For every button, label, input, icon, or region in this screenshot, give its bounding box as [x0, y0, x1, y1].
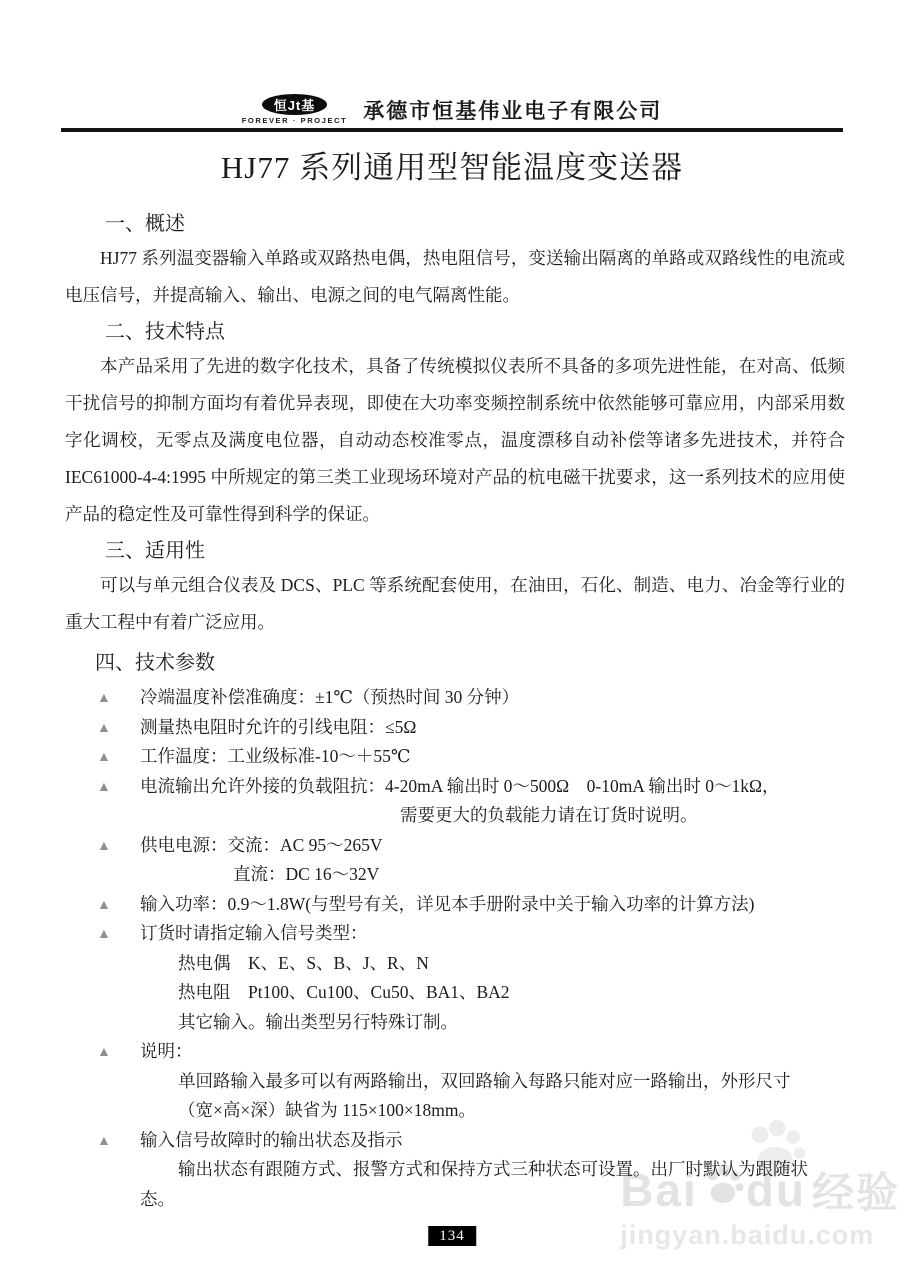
section-2: 二、技术特点本产品采用了先进的数字化技术，具备了传统模拟仪表所不具备的多项先进性… — [65, 318, 845, 533]
company-logo: 恒Jt基 FOREVER · PROJECT — [242, 94, 348, 125]
parameter-item: ▲供电电源：交流：AC 95～265V — [65, 831, 845, 861]
parameter-subline: 输出状态有跟随方式、报警方式和保持方式三种状态可设置。出厂时默认为跟随状 — [65, 1155, 845, 1185]
parameter-subline: 态。 — [65, 1185, 845, 1215]
parameter-text: 供电电源：交流：AC 95～265V — [140, 835, 383, 855]
parameter-subline: （宽×高×深）缺省为 115×100×18mm。 — [65, 1096, 845, 1126]
parameter-subline: 需要更大的负载能力请在订货时说明。 — [65, 801, 845, 831]
document-title: HJ77 系列通用型智能温度变送器 — [0, 148, 904, 188]
triangle-bullet-icon: ▲ — [97, 1038, 111, 1068]
section-heading: 三、适用性 — [105, 537, 845, 565]
section-4: 四、技术参数▲冷端温度补偿准确度：±1℃（预热时间 30 分钟）▲测量热电阻时允… — [65, 649, 845, 1214]
section-heading: 二、技术特点 — [105, 318, 845, 346]
parameter-item: ▲冷端温度补偿准确度：±1℃（预热时间 30 分钟） — [65, 683, 845, 713]
page-number-badge: 134 — [428, 1226, 476, 1246]
page-header: 恒Jt基 FOREVER · PROJECT 承德市恒基伟业电子有限公司 — [0, 94, 904, 125]
parameter-text: 电流输出允许外接的负载阻抗：4-20mA 输出时 0～500Ω 0-10mA 输… — [140, 776, 779, 796]
parameter-text: 输入信号故障时的输出状态及指示 — [140, 1130, 403, 1150]
triangle-bullet-icon: ▲ — [97, 1127, 111, 1157]
triangle-bullet-icon: ▲ — [97, 714, 111, 744]
parameter-text: 说明： — [140, 1041, 193, 1061]
parameter-subline: 直流：DC 16～32V — [65, 860, 845, 890]
parameter-text: 输入功率：0.9～1.8W(与型号有关，详见本手册附录中关于输入功率的计算方法) — [140, 894, 754, 914]
triangle-bullet-icon: ▲ — [97, 832, 111, 862]
paragraph: HJ77 系列温变器输入单路或双路热电偶，热电阻信号，变送输出隔离的单路或双路线… — [65, 240, 845, 314]
header-divider — [61, 128, 843, 132]
section-heading: 四、技术参数 — [95, 649, 845, 677]
parameter-item: ▲输入功率：0.9～1.8W(与型号有关，详见本手册附录中关于输入功率的计算方法… — [65, 890, 845, 920]
parameter-list: ▲冷端温度补偿准确度：±1℃（预热时间 30 分钟）▲测量热电阻时允许的引线电阻… — [65, 683, 845, 1214]
parameter-item: ▲测量热电阻时允许的引线电阻：≤5Ω — [65, 713, 845, 743]
logo-oval-badge: 恒Jt基 — [262, 94, 328, 115]
logo-text: 恒Jt基 — [274, 95, 316, 114]
parameter-subline: 热电偶 K、E、S、B、J、R、N — [65, 949, 845, 979]
content: 一、概述HJ77 系列温变器输入单路或双路热电偶，热电阻信号，变送输出隔离的单路… — [0, 210, 904, 1214]
triangle-bullet-icon: ▲ — [97, 773, 111, 803]
parameter-item: ▲工作温度：工业级标准-10～＋55℃ — [65, 742, 845, 772]
parameter-text: 订货时请指定输入信号类型： — [140, 923, 368, 943]
paragraph: 可以与单元组合仪表及 DCS、PLC 等系统配套使用，在油田，石化、制造、电力、… — [65, 567, 845, 641]
parameter-item: ▲输入信号故障时的输出状态及指示 — [65, 1126, 845, 1156]
parameter-text: 测量热电阻时允许的引线电阻：≤5Ω — [140, 717, 416, 737]
triangle-bullet-icon: ▲ — [97, 684, 111, 714]
watermark-url: jingyan.baidu.com — [620, 1220, 900, 1251]
parameter-item: ▲电流输出允许外接的负载阻抗：4-20mA 输出时 0～500Ω 0-10mA … — [65, 772, 845, 802]
triangle-bullet-icon: ▲ — [97, 920, 111, 950]
triangle-bullet-icon: ▲ — [97, 891, 111, 921]
logo-tagline: FOREVER · PROJECT — [242, 116, 348, 125]
company-name: 承德市恒基伟业电子有限公司 — [363, 95, 662, 125]
parameter-subline: 其它输入。输出类型另行特殊订制。 — [65, 1008, 845, 1038]
parameter-text: 工作温度：工业级标准-10～＋55℃ — [140, 746, 410, 766]
parameter-subline: 热电阻 Pt100、Cu100、Cu50、BA1、BA2 — [65, 978, 845, 1008]
parameter-item: ▲订货时请指定输入信号类型： — [65, 919, 845, 949]
parameter-item: ▲说明： — [65, 1037, 845, 1067]
document-page: { "header": { "logo": { "oval_text": "恒J… — [0, 0, 904, 1280]
paragraph: 本产品采用了先进的数字化技术，具备了传统模拟仪表所不具备的多项先进性能，在对高、… — [65, 348, 845, 533]
triangle-bullet-icon: ▲ — [97, 743, 111, 773]
parameter-subline: 单回路输入最多可以有两路输出，双回路输入每路只能对应一路输出，外形尺寸 — [65, 1067, 845, 1097]
section-1: 一、概述HJ77 系列温变器输入单路或双路热电偶，热电阻信号，变送输出隔离的单路… — [65, 210, 845, 314]
section-heading: 一、概述 — [105, 210, 845, 238]
section-3: 三、适用性可以与单元组合仪表及 DCS、PLC 等系统配套使用，在油田，石化、制… — [65, 537, 845, 641]
parameter-text: 冷端温度补偿准确度：±1℃（预热时间 30 分钟） — [140, 687, 519, 707]
